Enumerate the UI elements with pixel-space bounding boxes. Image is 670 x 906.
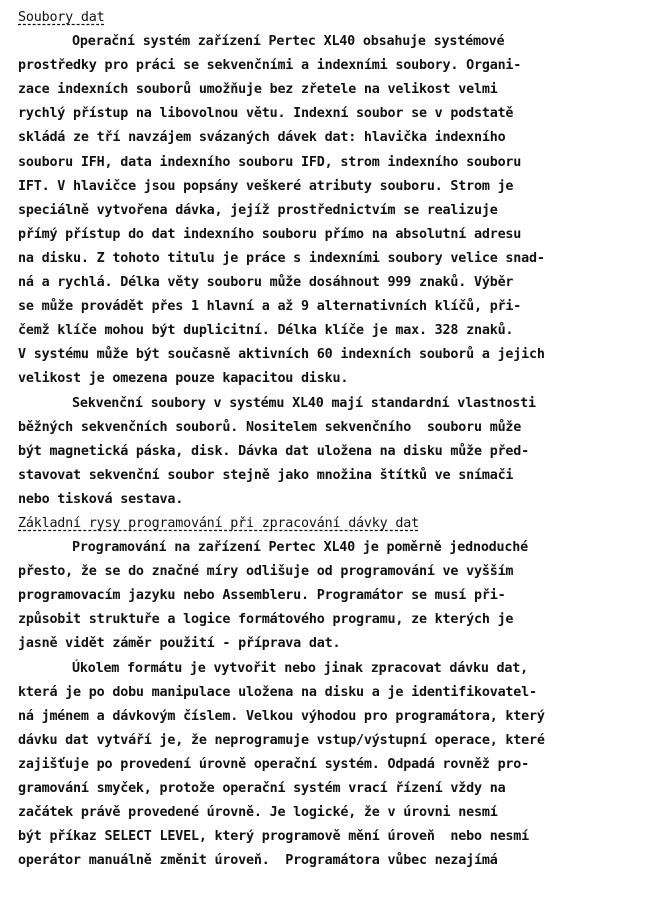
text-line: přímý přístup do dat indexního souboru p… bbox=[18, 223, 658, 247]
text-line: Sekvenční soubory v systému XL40 mají st… bbox=[18, 392, 658, 416]
text-line: dávku dat vytváří je, že neprogramuje vs… bbox=[18, 729, 658, 753]
text-line: speciálně vytvořena dávka, jejíž prostře… bbox=[18, 199, 658, 223]
text-line: Programování na zařízení Pertec XL40 je … bbox=[18, 536, 658, 560]
text-line: rychlý přístup na libovolnou větu. Index… bbox=[18, 102, 658, 126]
text-line: běžných sekvenčních souborů. Nositelem s… bbox=[18, 416, 658, 440]
text-line: čemž klíče mohou být duplicitní. Délka k… bbox=[18, 319, 658, 343]
text-line: V systému může být současně aktivních 60… bbox=[18, 343, 658, 367]
text-line: souboru IFH, data indexního souboru IFD,… bbox=[18, 151, 658, 175]
text-line: stavovat sekvenční soubor stejně jako mn… bbox=[18, 464, 658, 488]
document-page: Soubory datOperační systém zařízení Pert… bbox=[18, 6, 658, 873]
text-line: zajišťuje po provedení úrovně operační s… bbox=[18, 753, 658, 777]
text-line: Operační systém zařízení Pertec XL40 obs… bbox=[18, 30, 658, 54]
text-line: skládá ze tří navzájem svázaných dávek d… bbox=[18, 126, 658, 150]
text-line: se může provádět přes 1 hlavní a až 9 al… bbox=[18, 295, 658, 319]
text-line: způsobit struktuře a logice formátového … bbox=[18, 608, 658, 632]
text-line: operátor manuálně změnit úroveň. Program… bbox=[18, 849, 658, 873]
text-line: začátek právě provedené úrovně. Je logic… bbox=[18, 801, 658, 825]
text-line: prostředky pro práci se sekvenčními a in… bbox=[18, 54, 658, 78]
text-line: být magnetická páska, disk. Dávka dat ul… bbox=[18, 440, 658, 464]
text-line: přesto, že se do značné míry odlišuje od… bbox=[18, 560, 658, 584]
text-line: programovacím jazyku nebo Assembleru. Pr… bbox=[18, 584, 658, 608]
text-line: jasně vidět záměr použití - příprava dat… bbox=[18, 632, 658, 656]
text-line: zace indexních souborů umožňuje bez zřet… bbox=[18, 78, 658, 102]
text-line: IFT. V hlavičce jsou popsány veškeré atr… bbox=[18, 175, 658, 199]
text-line: Úkolem formátu je vytvořit nebo jinak zp… bbox=[18, 657, 658, 681]
section-heading: Soubory dat bbox=[18, 6, 658, 30]
text-line: ná jménem a dávkovým číslem. Velkou výho… bbox=[18, 705, 658, 729]
paragraph: Sekvenční soubory v systému XL40 mají st… bbox=[18, 392, 658, 512]
text-line: gramování smyček, protože operační systé… bbox=[18, 777, 658, 801]
paragraph: Programování na zařízení Pertec XL40 je … bbox=[18, 536, 658, 656]
section-heading: Základní rysy programování při zpracován… bbox=[18, 512, 658, 536]
text-line: velikost je omezena pouze kapacitou disk… bbox=[18, 367, 658, 391]
paragraph: Operační systém zařízení Pertec XL40 obs… bbox=[18, 30, 658, 391]
paragraph: Úkolem formátu je vytvořit nebo jinak zp… bbox=[18, 657, 658, 874]
text-line: být příkaz SELECT LEVEL, který programov… bbox=[18, 825, 658, 849]
text-line: která je po dobu manipulace uložena na d… bbox=[18, 681, 658, 705]
text-line: nebo tisková sestava. bbox=[18, 488, 658, 512]
text-line: na disku. Z tohoto titulu je práce s ind… bbox=[18, 247, 658, 271]
text-line: ná a rychlá. Délka věty souboru může dos… bbox=[18, 271, 658, 295]
